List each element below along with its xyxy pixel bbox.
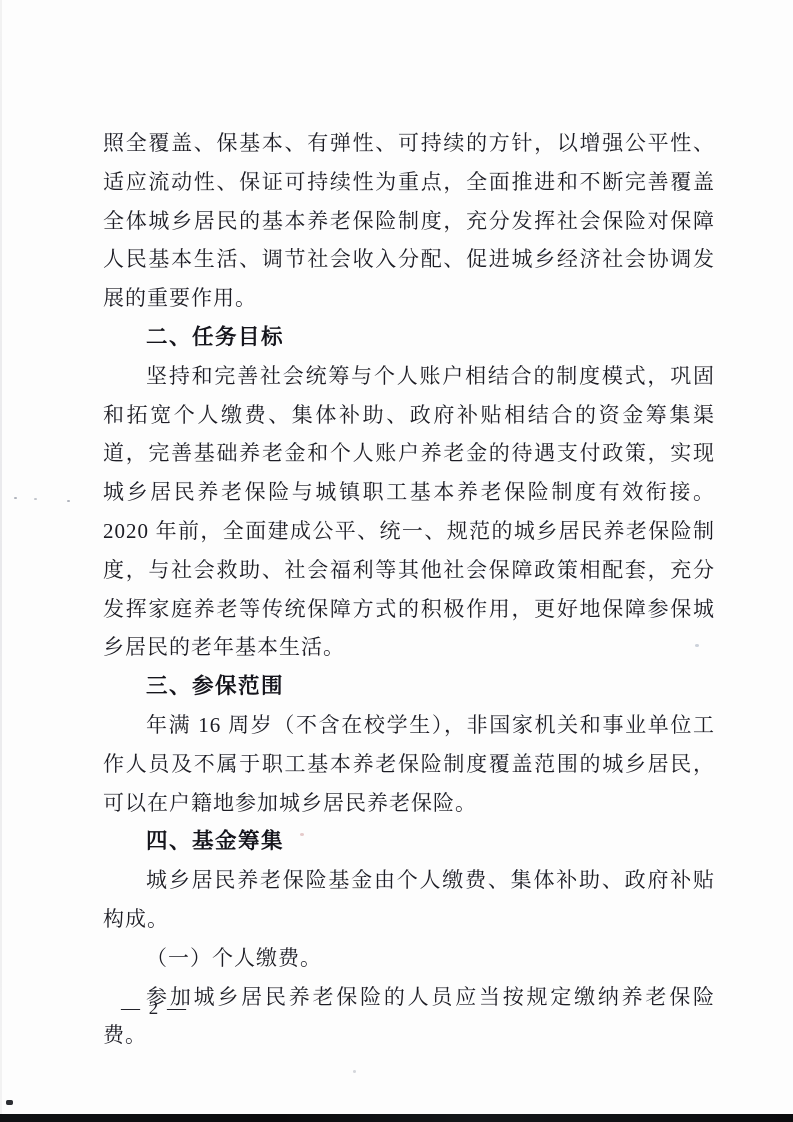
scan-speck [353,1070,356,1073]
scan-speck [300,833,304,836]
document-body: 照全覆盖、保基本、有弹性、可持续的方针，以增强公平性、适应流动性、保证可持续性为… [103,124,715,1055]
paragraph-policy-principles-continued: 照全覆盖、保基本、有弹性、可持续的方针，以增强公平性、适应流动性、保证可持续性为… [103,124,715,318]
section-heading-coverage-scope: 三、参保范围 [103,667,715,706]
scanned-document-page: 照全覆盖、保基本、有弹性、可持续的方针，以增强公平性、适应流动性、保证可持续性为… [0,0,793,1122]
paragraph-individual-contribution: 参加城乡居民养老保险的人员应当按规定缴纳养老保险费。 [103,978,715,1056]
page-number: — 2 — [121,998,188,1020]
subitem-heading-individual-contribution: （一）个人缴费。 [103,939,715,978]
section-heading-task-goals: 二、任务目标 [103,318,715,357]
paragraph-fund-composition: 城乡居民养老保险基金由个人缴费、集体补助、政府补贴构成。 [103,861,715,939]
scan-edge-left [0,0,2,1122]
paragraph-coverage-scope: 年满 16 周岁（不含在校学生），非国家机关和事业单位工作人员及不属于职工基本养… [103,706,715,822]
scan-speck [14,497,17,499]
paragraph-task-goals: 坚持和完善社会统筹与个人账户相结合的制度模式，巩固和拓宽个人缴费、集体补助、政府… [103,357,715,667]
scan-speck [6,1100,13,1105]
section-heading-fund-raising: 四、基金筹集 [103,822,715,861]
scan-speck [34,498,37,500]
scan-speck [695,644,699,647]
scan-speck [67,500,70,502]
scan-edge-bottom [0,1114,793,1122]
